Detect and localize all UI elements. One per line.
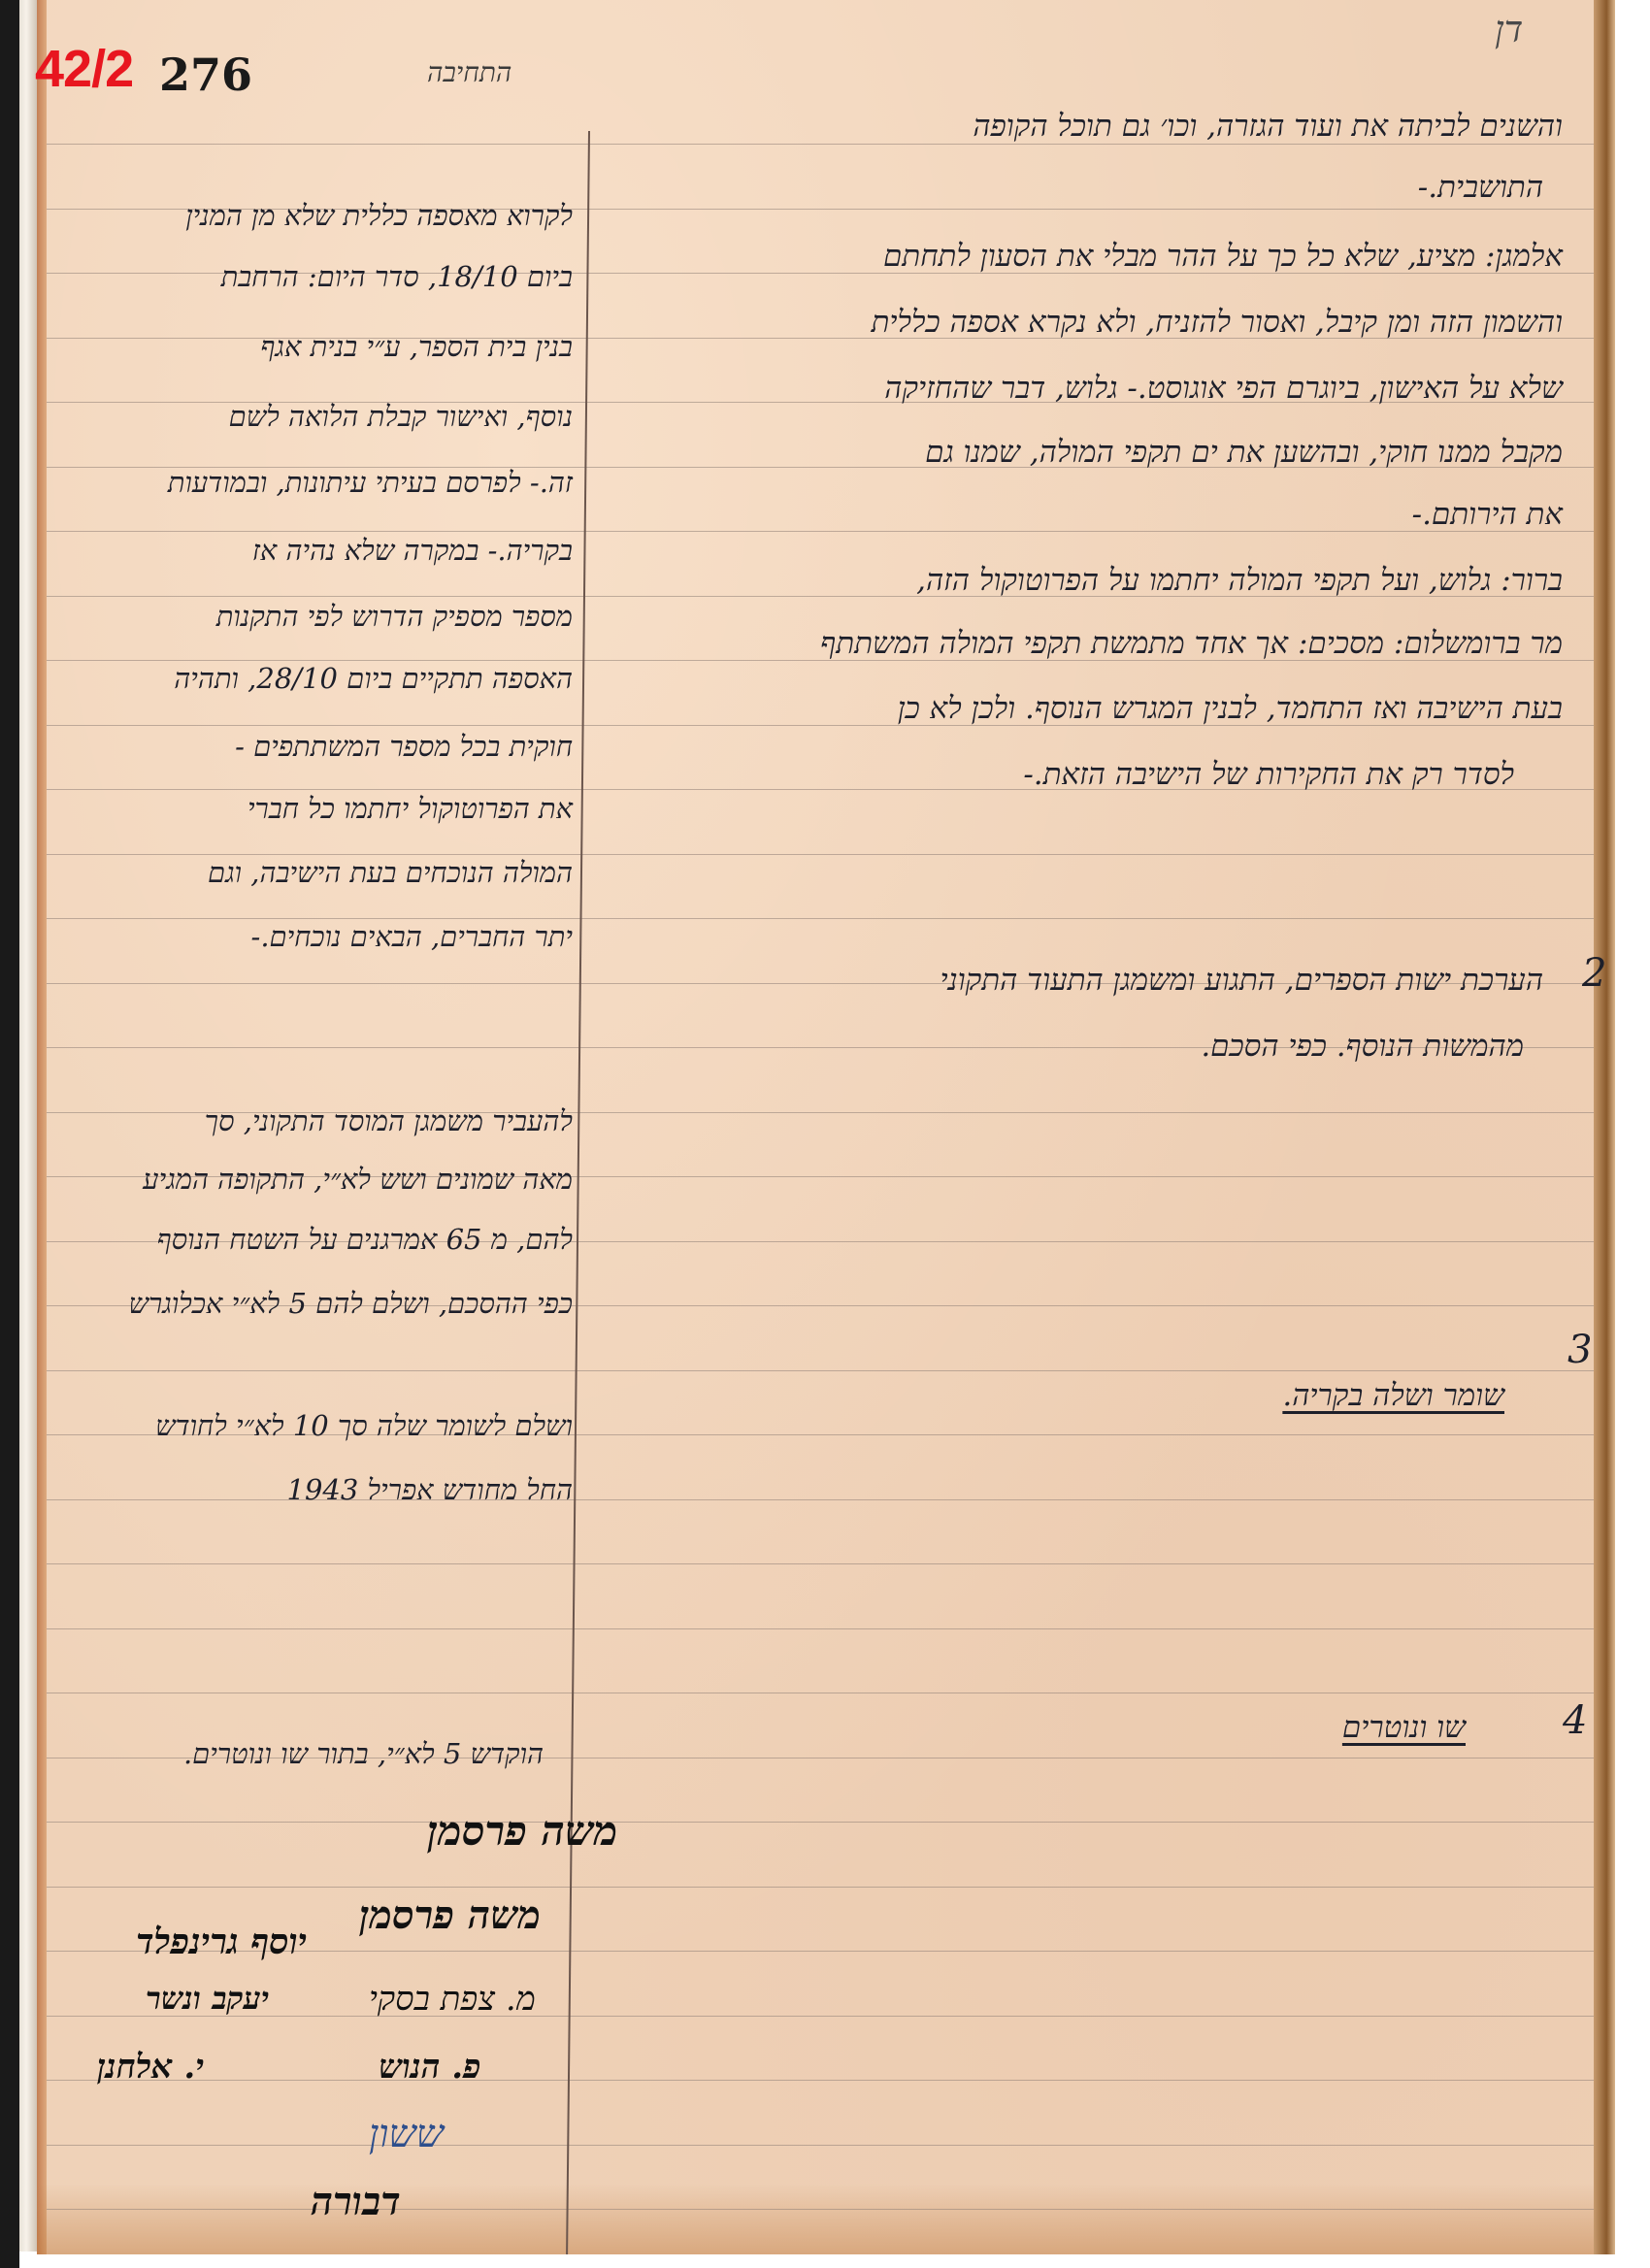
signature: פ. הנוש <box>379 2048 481 2087</box>
signature: משה פרסמן <box>427 1807 617 1856</box>
main-line: שלא על האישון, ביוגרם הפי אוגוסט.- גלוש,… <box>884 371 1563 406</box>
side-line: כפי ההסכם, ושלם להם 5 לא״י אכלוגרש <box>129 1287 573 1321</box>
corner-mark: דן <box>1495 8 1523 51</box>
item-line: מהמשות הנוסף. כפי הסכם. <box>1201 1029 1524 1064</box>
side-line: מספר מספיק הדרוש לפי התקנות <box>216 600 573 634</box>
item-number: 2 <box>1582 951 1606 996</box>
signature: מ. צפת בסקי <box>369 1980 536 2019</box>
ruled-line <box>47 2016 1594 2017</box>
side-line: מאה שמונים ושש לא״י, התקופה המגיע <box>143 1163 573 1197</box>
page-edge-stain <box>37 0 47 2254</box>
signature: יוסף גרינפלד <box>136 1922 307 1962</box>
side-line: נוסף, ואישור קבלת הלואה לשם <box>229 400 573 434</box>
ruled-line <box>47 2145 1594 2146</box>
side-line: בנין בית הספר, ע״י בנית אגף <box>260 330 573 364</box>
main-line: והשמון הזה ומן קיבל, ואסור להזניח, ולא נ… <box>871 305 1563 340</box>
ruled-line <box>47 1693 1594 1693</box>
ruled-line <box>47 854 1594 855</box>
side-line: זה.- לפרסם בעיתי עיתונות, ובמודעות <box>168 466 573 500</box>
signature: ששון <box>369 2111 444 2156</box>
side-line: החל מחודש אפריל 1943 <box>287 1473 573 1507</box>
main-line: בעת הישיבה ואז התחמד, לבנין המגרש הנוסף.… <box>898 691 1563 726</box>
page-bottom-stain <box>37 2184 1609 2254</box>
main-line: לסדר רק את החקירות של הישיבה הזאת.- <box>1023 757 1514 792</box>
page-number: 276 <box>159 49 252 101</box>
book-spine <box>0 0 19 2268</box>
closing-line: הוקדש 5 לא״י, בתור שו ונוטרים. <box>183 1737 544 1771</box>
signature: י. אלחנן <box>97 2048 204 2087</box>
ruled-line <box>47 918 1594 919</box>
side-line: האספה תתקיים ביום 28/10, ותהיה <box>174 662 573 696</box>
ruled-line <box>47 1822 1594 1823</box>
item-line: שו ונוטרים <box>1342 1710 1466 1745</box>
signature: משה פרסמן <box>359 1892 541 1938</box>
main-line: והשנים לביתה את ועוד הגזרה, וכו׳ גם תוכל… <box>973 109 1563 144</box>
page-gutter <box>19 0 37 2252</box>
book-edge <box>1594 0 1615 2254</box>
item-number: 4 <box>1563 1698 1587 1743</box>
side-line: ביום 18/10, סדר היום: הרחבת <box>221 260 573 294</box>
side-line: את הפרוטוקול יחתמו כל חברי <box>247 792 573 826</box>
side-line: בקריה.- במקרה שלא נהיה אז <box>252 534 573 568</box>
signature: יעקב ונשר <box>146 1980 269 2017</box>
ruled-line <box>47 531 1594 532</box>
signature: דבורה <box>311 2179 401 2224</box>
side-line: לקרוא מאספה כללית שלא מן המנין <box>185 199 573 233</box>
side-line: להם, מ 65 אמרגנים על השטח הנוסף <box>157 1223 573 1257</box>
item-line: שומר ושלה בקריה. <box>1282 1378 1504 1413</box>
ruled-line <box>47 2209 1594 2210</box>
main-line: ברור: גלוש, ועל תקפי המולה יחתמו על הפרו… <box>916 563 1563 598</box>
ruled-line <box>47 1370 1594 1371</box>
item-number: 3 <box>1567 1328 1592 1372</box>
side-line: המולה הנוכחים בעת הישיבה, וגם <box>208 856 573 890</box>
ruled-line <box>47 1628 1594 1629</box>
main-line: מקבל ממנו חוקי, ובהשען את ים תקפי המולה,… <box>925 435 1563 470</box>
archive-id-stamp: 42/2 <box>35 39 133 99</box>
side-line: להעביר משמגן המוסד התקוני, סך <box>205 1104 573 1138</box>
ruled-line <box>47 1499 1594 1500</box>
item-line: הערכת ישות הספרים, התגוע ומשמגן התעוד הת… <box>940 963 1543 998</box>
column-header: התחיבה <box>427 56 511 89</box>
main-line: מר ברומשלום: מסכים: אך אחד מתמשת תקפי המ… <box>820 626 1563 661</box>
main-line: התושבית.- <box>1418 170 1543 205</box>
main-line: את הירותם.- <box>1412 497 1563 532</box>
main-line: אלמגן: מציע, שלא כל כך על ההר מבלי את הס… <box>883 239 1563 274</box>
ruled-line <box>47 2080 1594 2081</box>
side-line: יתר החברים, הבאים נוכחים.- <box>251 920 573 954</box>
side-line: חוקית בכל מספר המשתתפים - <box>235 730 573 764</box>
ruled-line <box>47 1887 1594 1888</box>
ruled-line <box>47 144 1594 145</box>
side-line: ושלם לשומר שלה סך 10 לא״י לחודש <box>155 1409 573 1443</box>
ruled-line <box>47 1563 1594 1564</box>
